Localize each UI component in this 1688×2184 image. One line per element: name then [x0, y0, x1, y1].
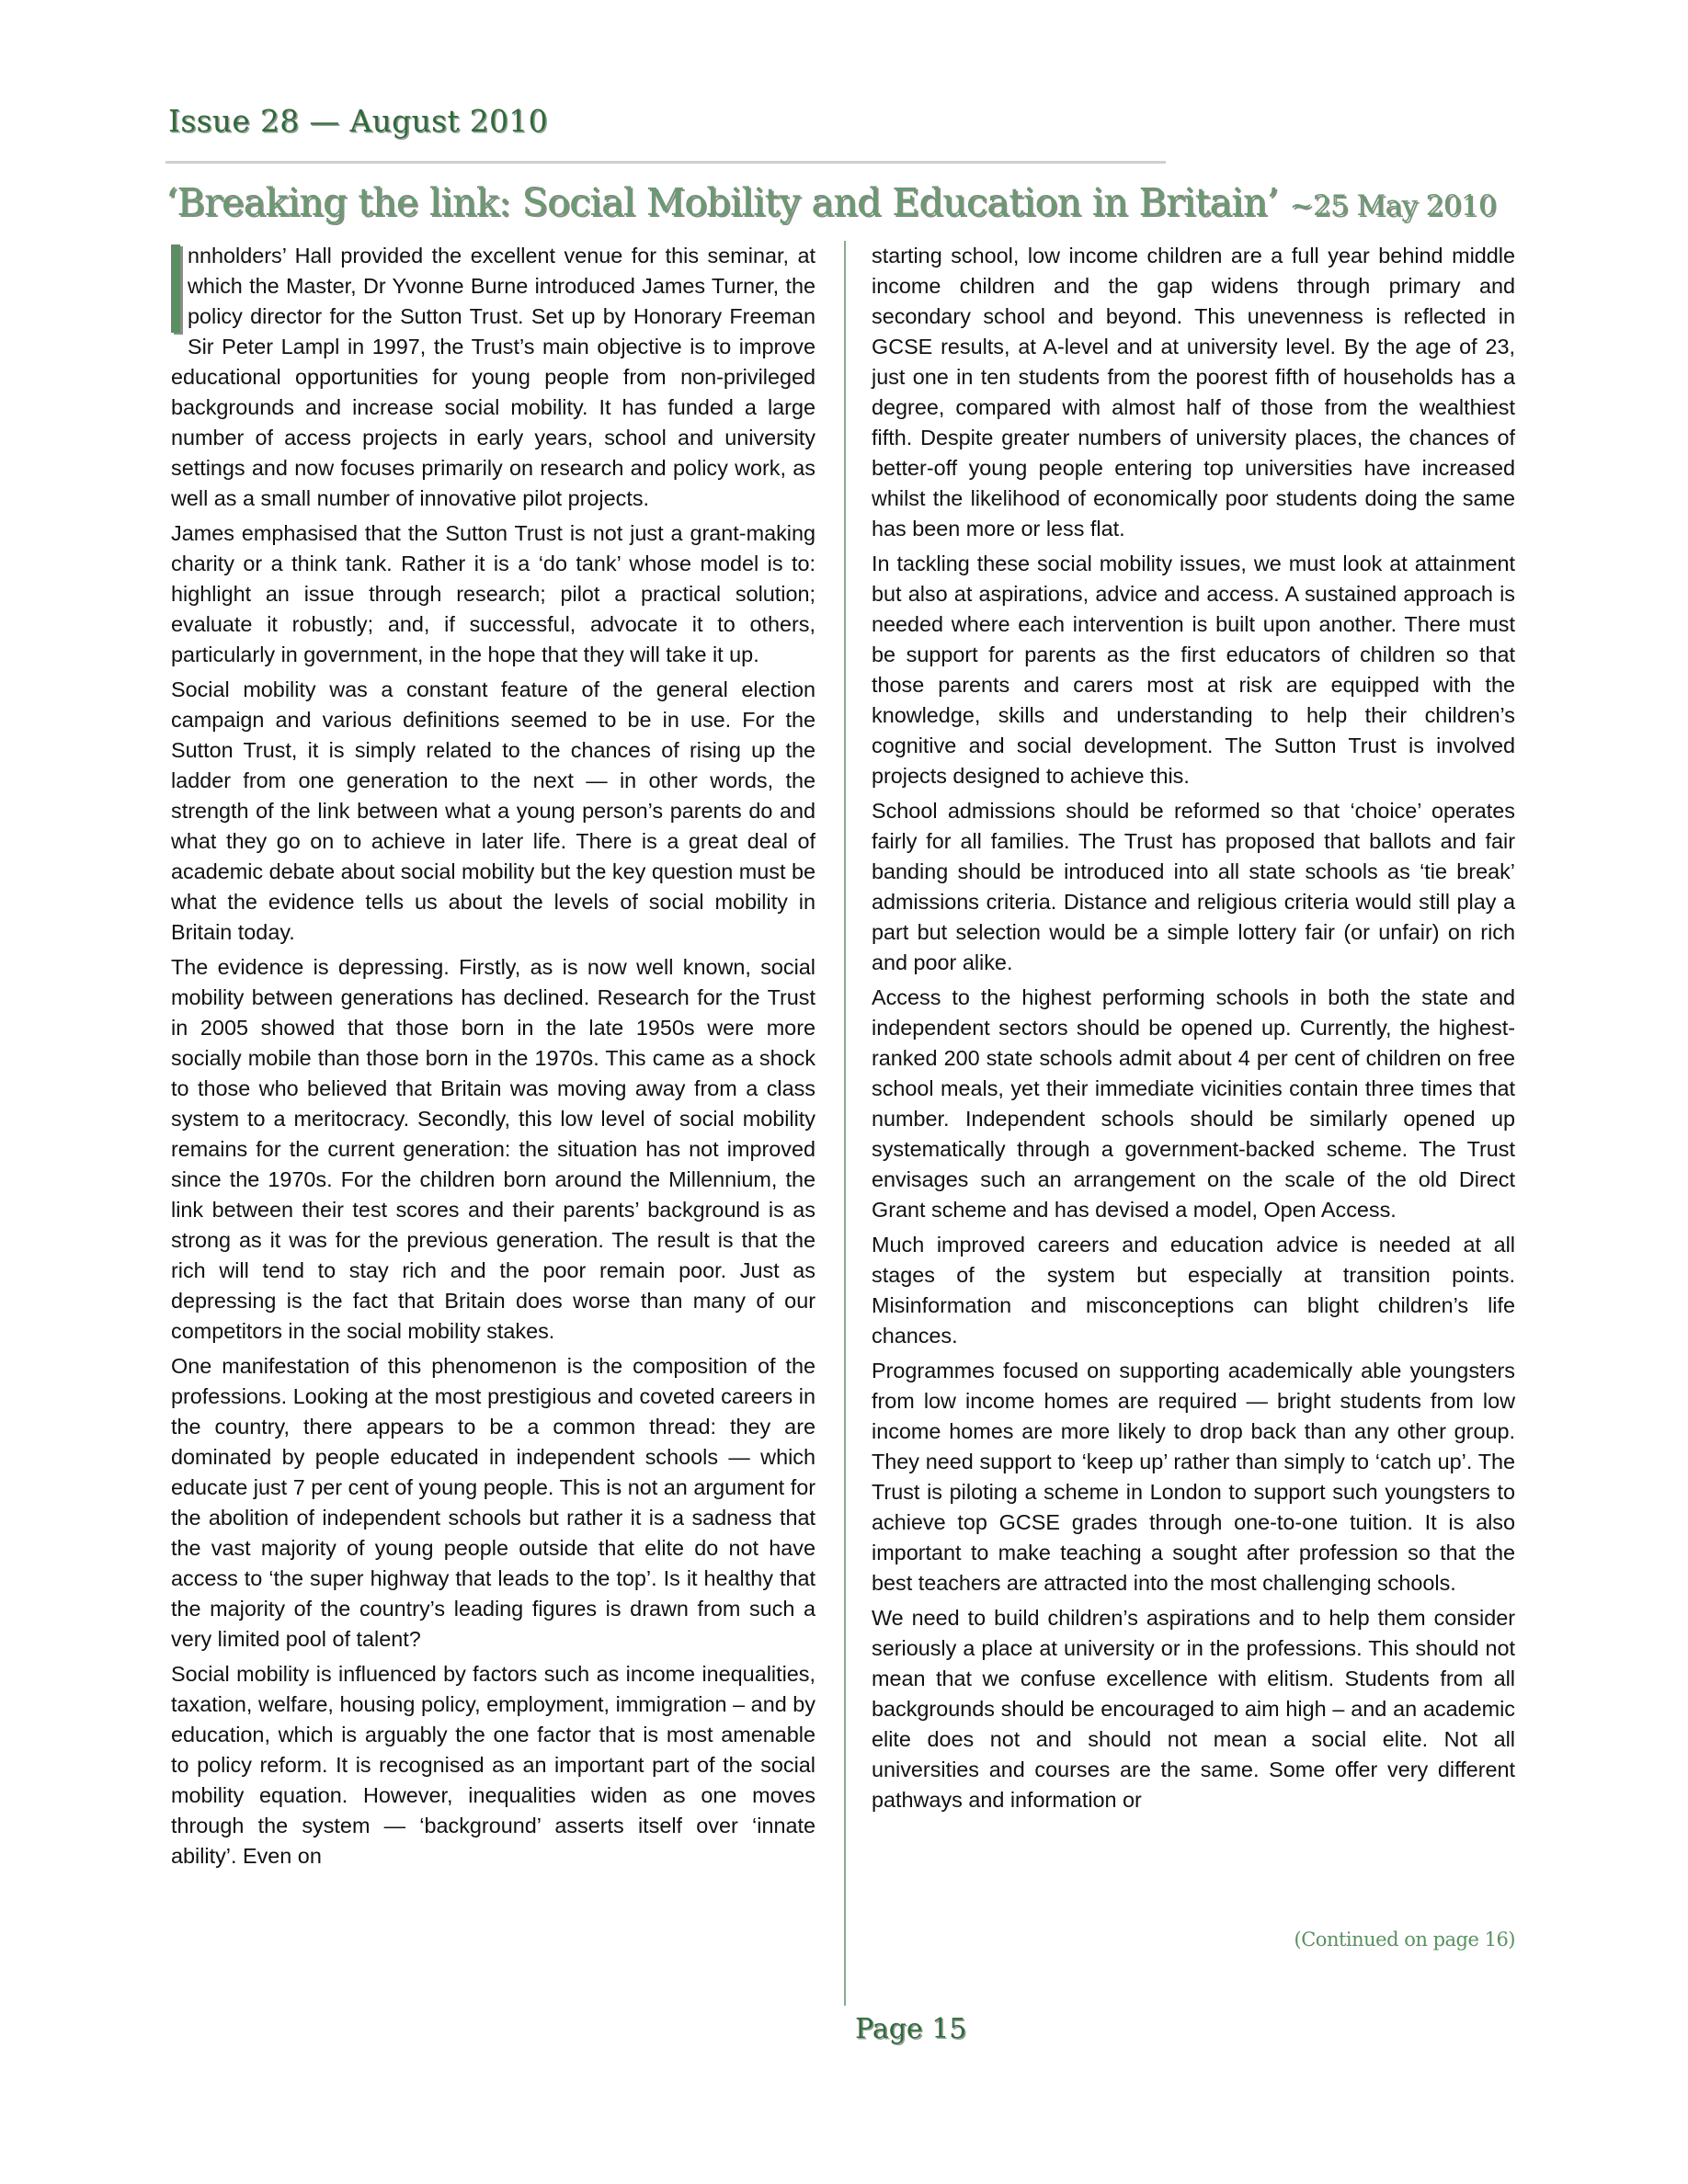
paragraph: Access to the highest performing schools…: [872, 983, 1515, 1225]
paragraph: James emphasised that the Sutton Trust i…: [171, 518, 815, 670]
issue-header: Issue 28 — August 2010: [168, 103, 548, 139]
drop-cap: I: [171, 245, 180, 333]
article-column-right: starting school, low income children are…: [872, 241, 1515, 1820]
paragraph: We need to build children’s aspirations …: [872, 1603, 1515, 1815]
continued-note: (Continued on page 16): [1295, 1928, 1515, 1951]
article-title-text: ‘Breaking the link: Social Mobility and …: [165, 180, 1290, 224]
paragraph: Social mobility is influenced by factors…: [171, 1659, 815, 1871]
article-title: ‘Breaking the link: Social Mobility and …: [165, 175, 1526, 233]
paragraph-text: nnholders’ Hall provided the excellent v…: [171, 244, 815, 510]
paragraph: Innholders’ Hall provided the excellent …: [171, 241, 815, 514]
article-column-left: Innholders’ Hall provided the excellent …: [171, 241, 815, 1876]
header-divider: [165, 161, 1166, 164]
paragraph: The evidence is depressing. Firstly, as …: [171, 952, 815, 1347]
paragraph: Programmes focused on supporting academi…: [872, 1356, 1515, 1598]
column-divider: [844, 241, 846, 2006]
paragraph: In tackling these social mobility issues…: [872, 549, 1515, 791]
paragraph: Social mobility was a constant feature o…: [171, 675, 815, 948]
paragraph: starting school, low income children are…: [872, 241, 1515, 544]
paragraph: Much improved careers and education advi…: [872, 1230, 1515, 1351]
paragraph: School admissions should be reformed so …: [872, 796, 1515, 978]
paragraph: One manifestation of this phenomenon is …: [171, 1351, 815, 1655]
page-number: Page 15: [855, 2013, 966, 2045]
article-title-date: ~25 May 2010: [1290, 189, 1497, 222]
